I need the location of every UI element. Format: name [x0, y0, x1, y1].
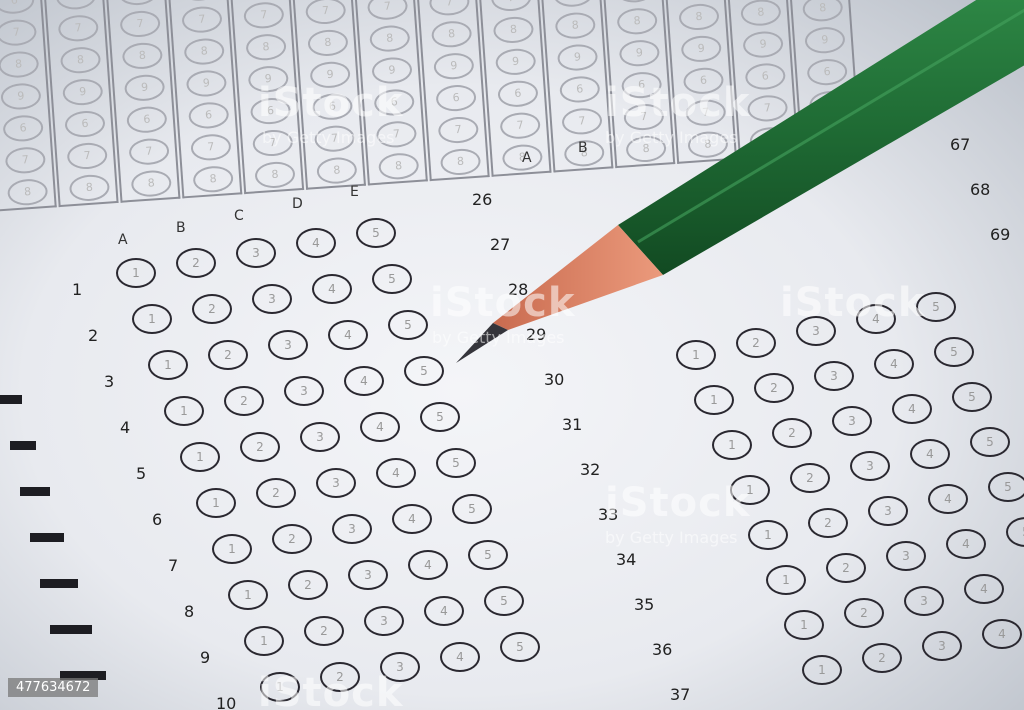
- watermark: iStock: [605, 80, 750, 126]
- answer-bubble: 2: [208, 340, 248, 370]
- column-letter: B: [176, 220, 186, 236]
- question-number: 3: [104, 372, 114, 391]
- answer-bubble: 4: [910, 439, 950, 469]
- id-bubble: 7: [305, 0, 347, 25]
- id-bubble: 8: [69, 174, 111, 203]
- answer-bubble: 4: [344, 366, 384, 396]
- answer-bubble: 2: [240, 432, 280, 462]
- answer-bubble: 1: [228, 580, 268, 610]
- answer-bubble: 5: [436, 448, 476, 478]
- answer-bubble: 3: [284, 376, 324, 406]
- id-bubble: 8: [130, 169, 172, 198]
- answer-bubble: 2: [772, 418, 812, 448]
- column-letter: A: [118, 232, 128, 248]
- question-number: 36: [652, 640, 672, 659]
- answer-bubble: 2: [826, 553, 866, 583]
- id-bubble: 9: [186, 69, 228, 98]
- id-bubble: 6: [64, 110, 106, 139]
- id-bubble: 8: [0, 50, 40, 79]
- answer-bubble: 3: [904, 586, 944, 616]
- id-bubble: 9: [62, 78, 104, 107]
- answer-bubble: 1: [132, 304, 172, 334]
- answer-bubble: 1: [712, 430, 752, 460]
- question-number: 6: [152, 510, 162, 529]
- answer-bubble: 3: [850, 451, 890, 481]
- watermark-sub: by Getty Images: [605, 528, 738, 547]
- answer-bubble: 1: [148, 350, 188, 380]
- question-number: 10: [216, 694, 236, 710]
- id-bubble: 7: [181, 5, 223, 34]
- id-bubble: 6: [188, 101, 230, 130]
- id-bubble: 8: [7, 178, 49, 207]
- answer-bubble: 4: [946, 529, 986, 559]
- id-bubble: 6: [55, 0, 97, 11]
- watermark-sub: by Getty Images: [605, 128, 738, 147]
- timing-mark: [30, 533, 64, 542]
- watermark: iStock: [605, 480, 750, 526]
- answer-bubble: 5: [452, 494, 492, 524]
- id-bubble: 8: [245, 33, 287, 62]
- answer-bubble: 4: [376, 458, 416, 488]
- column-letter: E: [350, 184, 359, 200]
- watermark: iStock: [258, 670, 403, 710]
- id-bubble: 7: [128, 137, 170, 166]
- id-bubble: 7: [5, 146, 47, 175]
- answer-bubble: 1: [180, 442, 220, 472]
- watermark-sub: by Getty Images: [262, 128, 395, 147]
- id-bubble: 9: [124, 73, 166, 102]
- answer-bubble: 1: [116, 258, 156, 288]
- answer-bubble: 3: [868, 496, 908, 526]
- timing-mark: [0, 395, 22, 404]
- id-bubble: 6: [0, 0, 35, 15]
- answer-bubble: 4: [424, 596, 464, 626]
- answer-bubble: 1: [802, 655, 842, 685]
- answer-bubble: 4: [312, 274, 352, 304]
- answer-bubble: 3: [252, 284, 292, 314]
- id-bubble: 7: [57, 14, 99, 43]
- answer-bubble: 3: [364, 606, 404, 636]
- id-bubble: 6: [179, 0, 221, 2]
- column-letter: D: [292, 196, 303, 212]
- id-bubble: 7: [190, 133, 232, 162]
- id-bubble: 8: [122, 42, 164, 71]
- id-bubble: 8: [378, 152, 420, 181]
- answer-bubble: 3: [316, 468, 356, 498]
- question-number: 31: [562, 415, 582, 434]
- id-bubble: 7: [243, 1, 285, 30]
- watermark: iStock: [430, 280, 575, 326]
- answer-bubble: 2: [192, 294, 232, 324]
- answer-bubble: 4: [440, 642, 480, 672]
- answer-bubble: 2: [256, 478, 296, 508]
- answer-bubble: 2: [224, 386, 264, 416]
- question-number: 1: [72, 280, 82, 299]
- answer-bubble: 5: [420, 402, 460, 432]
- answer-bubble: 2: [862, 643, 902, 673]
- answer-bubble: 5: [500, 632, 540, 662]
- watermark-sub: by Getty Images: [432, 328, 565, 347]
- id-bubble: 9: [0, 82, 42, 111]
- id-bubble: 8: [254, 161, 296, 190]
- id-bubble: 8: [316, 156, 358, 185]
- answer-bubble: 3: [236, 238, 276, 268]
- answer-bubble: 1: [748, 520, 788, 550]
- timing-mark: [50, 625, 92, 634]
- answer-bubble: 1: [196, 488, 236, 518]
- answer-bubble: 4: [982, 619, 1022, 649]
- answer-bubble: 1: [212, 534, 252, 564]
- watermark: iStock: [780, 280, 925, 326]
- question-number: 5: [136, 464, 146, 483]
- answer-bubble: 1: [244, 626, 284, 656]
- answer-bubble: 4: [296, 228, 336, 258]
- id-bubble: 8: [183, 37, 225, 66]
- answer-bubble: 5: [484, 586, 524, 616]
- question-number: 9: [200, 648, 210, 667]
- id-bubble: 6: [126, 105, 168, 134]
- id-bubble: 7: [119, 10, 161, 39]
- timing-mark: [20, 487, 50, 496]
- answer-bubble: 5: [1006, 517, 1024, 547]
- answer-bubble: 5: [372, 264, 412, 294]
- id-bubble: 8: [60, 46, 102, 75]
- answer-bubble: 5: [356, 218, 396, 248]
- answer-bubble: 2: [844, 598, 884, 628]
- answer-bubble: 4: [360, 412, 400, 442]
- timing-mark: [40, 579, 78, 588]
- id-bubble: 8: [369, 24, 411, 53]
- stock-id-tag: 477634672: [8, 678, 98, 697]
- answer-bubble: 5: [970, 427, 1010, 457]
- answer-bubble: 2: [272, 524, 312, 554]
- id-bubble: 8: [192, 165, 234, 194]
- answer-bubble: 2: [176, 248, 216, 278]
- question-number: 34: [616, 550, 636, 569]
- question-number: 8: [184, 602, 194, 621]
- answer-bubble: 1: [164, 396, 204, 426]
- answer-bubble: 3: [832, 406, 872, 436]
- watermark: iStock: [258, 80, 403, 126]
- answer-bubble: 5: [468, 540, 508, 570]
- answer-bubble: 3: [268, 330, 308, 360]
- answer-bubble: 4: [392, 504, 432, 534]
- id-bubble: 6: [117, 0, 159, 6]
- id-bubble: 7: [367, 0, 409, 21]
- answer-bubble: 3: [922, 631, 962, 661]
- answer-bubble: 5: [388, 310, 428, 340]
- id-bubble: 7: [0, 18, 37, 47]
- answer-bubble: 5: [988, 472, 1024, 502]
- photo-scene: 6789678678967867896786789678678967867896…: [0, 0, 1024, 710]
- answer-bubble: 2: [304, 616, 344, 646]
- answer-bubble: 4: [964, 574, 1004, 604]
- question-number: 37: [670, 685, 690, 704]
- id-bubble: 6: [2, 114, 44, 143]
- timing-mark: [10, 441, 36, 450]
- answer-bubble: 1: [784, 610, 824, 640]
- question-number: 32: [580, 460, 600, 479]
- id-bubble: 8: [307, 29, 349, 58]
- column-letter: C: [234, 208, 244, 224]
- answer-bubble: 4: [328, 320, 368, 350]
- answer-bubble: 1: [766, 565, 806, 595]
- answer-bubble: 5: [404, 356, 444, 386]
- answer-bubble: 3: [332, 514, 372, 544]
- answer-bubble: 2: [790, 463, 830, 493]
- answer-bubble: 3: [300, 422, 340, 452]
- question-number: 2: [88, 326, 98, 345]
- answer-bubble: 3: [886, 541, 926, 571]
- answer-bubble: 4: [408, 550, 448, 580]
- id-bubble: 7: [66, 142, 108, 171]
- answer-bubble: 3: [348, 560, 388, 590]
- answer-bubble: 4: [928, 484, 968, 514]
- answer-bubble: 2: [288, 570, 328, 600]
- answer-bubble: 2: [808, 508, 848, 538]
- question-number: 4: [120, 418, 130, 437]
- question-number: 7: [168, 556, 178, 575]
- question-number: 35: [634, 595, 654, 614]
